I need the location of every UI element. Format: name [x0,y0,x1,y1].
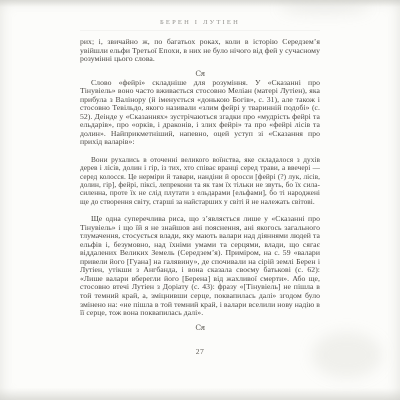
paragraph-continuation: рих; і, звичайно ж, по багатьох роках, к… [80,38,320,64]
running-head-rule [80,30,320,31]
book-page-scan: БЕРЕН І ЛУТІЕН рих; і, звичайно ж, по ба… [0,0,400,400]
section-divider-fleuron-icon: Cᴙ [80,323,320,332]
section-divider-fleuron-icon: Cᴙ [80,69,320,78]
running-head: БЕРЕН І ЛУТІЕН [80,19,320,27]
scan-artifact [312,332,382,378]
paragraph-fairy-word: Слово «фейрі» складніше для розуміння. У… [80,79,320,147]
paragraph-valar-power: Ще одна суперечлива риса, що з’являється… [80,215,320,318]
scan-edge-shadow-bottom [0,388,400,400]
block-quote: Вони рухались в оточенні великого воїнст… [80,156,320,206]
text-column: БЕРЕН І ЛУТІЕН рих; і, звичайно ж, по ба… [80,0,320,356]
page-number: 27 [80,347,320,356]
